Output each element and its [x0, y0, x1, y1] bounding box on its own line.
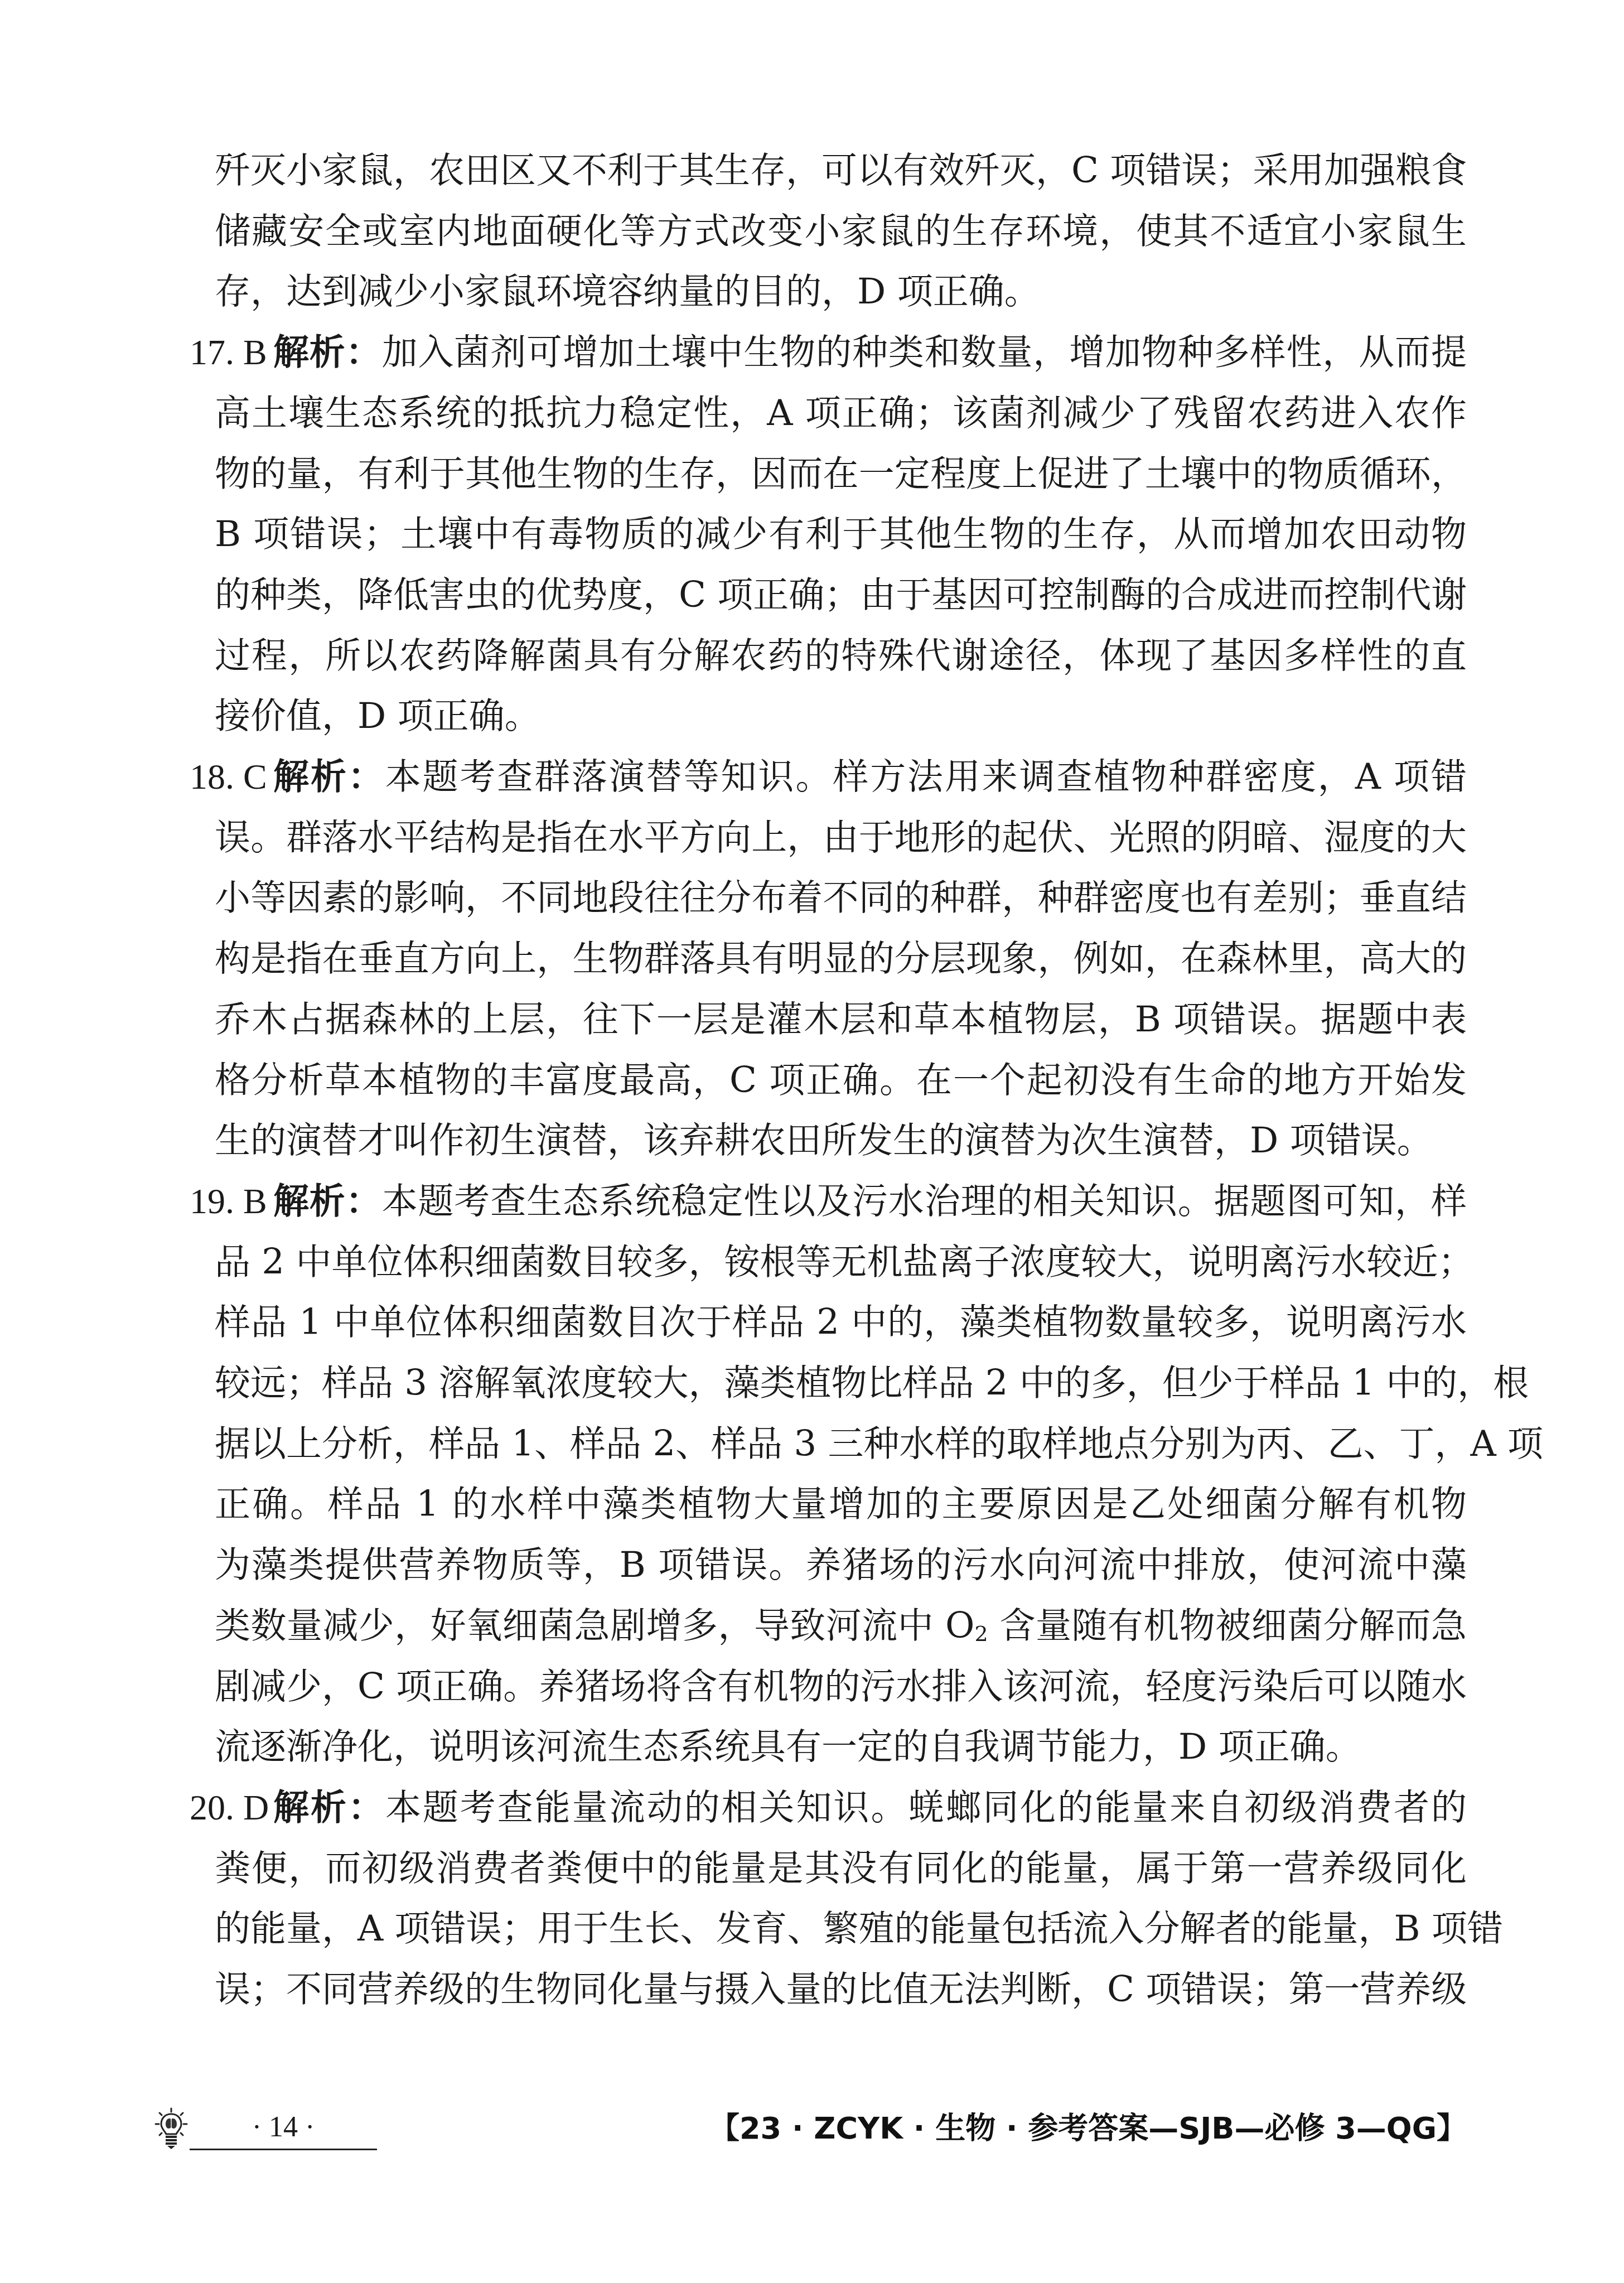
analysis-label: 解析： — [273, 1787, 385, 1828]
text-line: 储藏安全或室内地面硬化等方式改变小家鼠的生存环境，使其不适宜小家鼠生 — [215, 201, 1467, 262]
analysis-label: 解析： — [273, 332, 382, 373]
answer-number: 20. D — [190, 1778, 273, 1838]
answer-text: 本题考查能量流动的相关知识。蜣螂同化的能量来自初级消费者的 — [385, 1787, 1467, 1828]
answer-number: 17. B — [190, 322, 273, 383]
text-line: 高土壤生态系统的抵抗力稳定性，A 项正确；该菌剂减少了残留农药进入农作 — [215, 383, 1467, 444]
text-line: 存，达到减少小家鼠环境容纳量的目的，D 项正确。 — [215, 262, 1467, 322]
answer-number: 19. B — [190, 1171, 273, 1232]
text-line: 的种类，降低害虫的优势度，C 项正确；由于基因可控制酶的合成进而控制代谢 — [215, 565, 1467, 626]
text-line: 剧减少，C 项正确。养猪场将含有机物的污水排入该河流，轻度污染后可以随水 — [215, 1657, 1467, 1717]
analysis-label: 解析： — [273, 756, 385, 798]
answer-19-header: 19. B 解析：本题考查生态系统稳定性以及污水治理的相关知识。据题图可知，样 — [190, 1171, 1467, 1232]
text-line: 生的演替才叫作初生演替，该弃耕农田所发生的演替为次生演替，D 项错误。 — [215, 1111, 1467, 1171]
answer-first-line: 解析：本题考查生态系统稳定性以及污水治理的相关知识。据题图可知，样 — [273, 1171, 1467, 1232]
text-line: 品 2 中单位体积细菌数目较多，铵根等无机盐离子浓度较大，说明离污水较近； — [215, 1232, 1467, 1293]
answer-20-header: 20. D 解析：本题考查能量流动的相关知识。蜣螂同化的能量来自初级消费者的 — [190, 1778, 1467, 1838]
text-line: 物的量，有利于其他生物的生存，因而在一定程度上促进了土壤中的物质循环， — [215, 444, 1467, 505]
page-number-underline — [190, 2149, 377, 2150]
text-line: 正确。样品 1 的水样中藻类植物大量增加的主要原因是乙处细菌分解有机物 — [215, 1474, 1467, 1535]
answer-text: 本题考查群落演替等知识。样方法用来调查植物种群密度，A 项错 — [385, 756, 1467, 798]
answer-first-line: 解析：本题考查能量流动的相关知识。蜣螂同化的能量来自初级消费者的 — [273, 1778, 1467, 1838]
answer-text: 加入菌剂可增加土壤中生物的种类和数量，增加物种多样性，从而提 — [382, 332, 1467, 373]
answer-17-header: 17. B 解析：加入菌剂可增加土壤中生物的种类和数量，增加物种多样性，从而提 — [190, 322, 1467, 383]
analysis-label: 解析： — [273, 1181, 382, 1222]
book-code: 【23 · ZCYK · 生物 · 参考答案—SJB—必修 3—QG】 — [709, 2108, 1467, 2149]
page-footer-left: · 14 · — [154, 2107, 389, 2152]
text-segment: 类数量减少，好氧细菌急剧增多，导致河流中 O — [215, 1605, 974, 1647]
text-line: 流逐渐净化，说明该河流生态系统具有一定的自我调节能力，D 项正确。 — [215, 1717, 1467, 1778]
text-line: 为藻类提供营养物质等，B 项错误。养猪场的污水向河流中排放，使河流中藻 — [215, 1535, 1467, 1596]
text-line: 歼灭小家鼠，农田区又不利于其生存，可以有效歼灭，C 项错误；采用加强粮食 — [215, 141, 1467, 201]
lightbulb-brain-icon — [154, 2107, 188, 2150]
text-line-o2: 类数量减少，好氧细菌急剧增多，导致河流中 O2 含量随有机物被细菌分解而急 — [215, 1596, 1467, 1657]
text-line: 粪便，而初级消费者粪便中的能量是其没有同化的能量，属于第一营养级同化 — [215, 1838, 1467, 1899]
text-line: 误。群落水平结构是指在水平方向上，由于地形的起伏、光照的阴暗、湿度的大 — [215, 808, 1467, 868]
answer-18-header: 18. C 解析：本题考查群落演替等知识。样方法用来调查植物种群密度，A 项错 — [190, 747, 1467, 808]
subscript: 2 — [974, 1621, 988, 1646]
text-segment: 含量随有机物被细菌分解而急 — [988, 1605, 1467, 1647]
text-line: 的能量，A 项错误；用于生长、发育、繁殖的能量包括流入分解者的能量，B 项错 — [215, 1899, 1467, 1959]
text-line: 小等因素的影响，不同地段往往分布着不同的种群，种群密度也有差别；垂直结 — [215, 868, 1467, 929]
text-line: 乔木占据森林的上层，往下一层是灌木层和草本植物层，B 项错误。据题中表 — [215, 990, 1467, 1050]
answer-number: 18. C — [190, 747, 273, 808]
text-line: 较远；样品 3 溶解氧浓度较大，藻类植物比样品 2 中的多，但少于样品 1 中的… — [215, 1353, 1467, 1414]
answer-first-line: 解析：本题考查群落演替等知识。样方法用来调查植物种群密度，A 项错 — [273, 747, 1467, 808]
text-line: 样品 1 中单位体积细菌数目次于样品 2 中的，藻类植物数量较多，说明离污水 — [215, 1292, 1467, 1353]
answer-text: 本题考查生态系统稳定性以及污水治理的相关知识。据题图可知，样 — [382, 1181, 1467, 1222]
text-line: 据以上分析，样品 1、样品 2、样品 3 三种水样的取样地点分别为丙、乙、丁，A… — [215, 1414, 1467, 1475]
text-line: 构是指在垂直方向上，生物群落具有明显的分层现象，例如，在森林里，高大的 — [215, 929, 1467, 990]
text-line: 过程，所以农药降解菌具有分解农药的特殊代谢途径，体现了基因多样性的直 — [215, 626, 1467, 687]
text-line: 格分析草本植物的丰富度最高，C 项正确。在一个起初没有生命的地方开始发 — [215, 1050, 1467, 1111]
answer-first-line: 解析：加入菌剂可增加土壤中生物的种类和数量，增加物种多样性，从而提 — [273, 322, 1467, 383]
text-line: 接价值，D 项正确。 — [215, 686, 1467, 747]
text-line: B 项错误；土壤中有毒物质的减少有利于其他生物的生存，从而增加农田动物 — [215, 504, 1467, 565]
page-number: · 14 · — [190, 2107, 377, 2147]
text-line: 误；不同营养级的生物同化量与摄入量的比值无法判断，C 项错误；第一营养级 — [215, 1959, 1467, 2020]
